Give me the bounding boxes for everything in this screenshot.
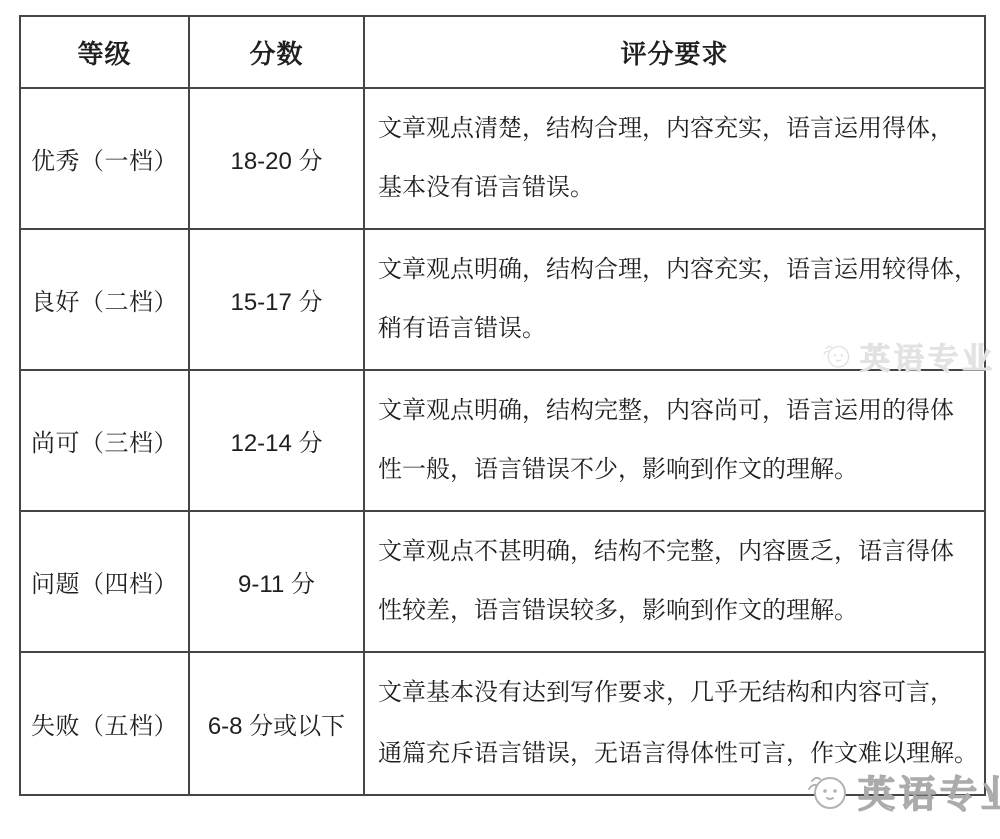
header-cell-grade: 等级 <box>21 17 190 89</box>
score-cell: 18-20 分 <box>190 89 365 230</box>
score-cell: 15-17 分 <box>190 230 365 371</box>
criteria-line-1: 文章观点清楚，结构合理，内容充实，语言运用得体， <box>378 116 972 142</box>
grade-cell: 优秀（一档） <box>21 89 190 230</box>
criteria-line-2: 基本没有语言错误。 <box>378 175 972 201</box>
grade-cell: 失败（五档） <box>21 653 190 794</box>
page-canvas: 等级 分数 评分要求 优秀（一档） 18-20 分 文章观点清楚，结构合理，内容… <box>0 0 1000 839</box>
criteria-line-2: 稍有语言错误。 <box>378 316 972 342</box>
header-cell-score: 分数 <box>190 17 365 89</box>
grade-cell: 良好（二档） <box>21 230 190 371</box>
criteria-line-1: 文章观点不甚明确，结构不完整，内容匮乏，语言得体 <box>378 539 972 565</box>
criteria-line-1: 文章观点明确，结构完整，内容尚可，语言运用的得体 <box>378 398 972 424</box>
criteria-line-1: 文章观点明确，结构合理，内容充实，语言运用较得体， <box>378 257 972 283</box>
grade-cell: 尚可（三档） <box>21 371 190 512</box>
criteria-cell: 文章观点明确，结构完整，内容尚可，语言运用的得体 性一般，语言错误不少，影响到作… <box>365 371 984 512</box>
criteria-line-1: 文章基本没有达到写作要求，几乎无结构和内容可言， <box>378 680 972 706</box>
grade-cell: 问题（四档） <box>21 512 190 653</box>
criteria-line-2: 性较差，语言错误较多，影响到作文的理解。 <box>378 598 972 624</box>
criteria-line-2: 通篇充斥语言错误，无语言得体性可言，作文难以理解。 <box>378 741 972 767</box>
criteria-cell: 文章基本没有达到写作要求，几乎无结构和内容可言， 通篇充斥语言错误，无语言得体性… <box>365 653 984 794</box>
criteria-cell: 文章观点清楚，结构合理，内容充实，语言运用得体， 基本没有语言错误。 <box>365 89 984 230</box>
header-cell-criteria: 评分要求 <box>365 17 984 89</box>
criteria-cell: 文章观点不甚明确，结构不完整，内容匮乏，语言得体 性较差，语言错误较多，影响到作… <box>365 512 984 653</box>
grading-rubric-table: 等级 分数 评分要求 优秀（一档） 18-20 分 文章观点清楚，结构合理，内容… <box>19 15 986 796</box>
criteria-cell: 文章观点明确，结构合理，内容充实，语言运用较得体， 稍有语言错误。 <box>365 230 984 371</box>
score-cell: 6-8 分或以下 <box>190 653 365 794</box>
score-cell: 9-11 分 <box>190 512 365 653</box>
score-cell: 12-14 分 <box>190 371 365 512</box>
criteria-line-2: 性一般，语言错误不少，影响到作文的理解。 <box>378 457 972 483</box>
